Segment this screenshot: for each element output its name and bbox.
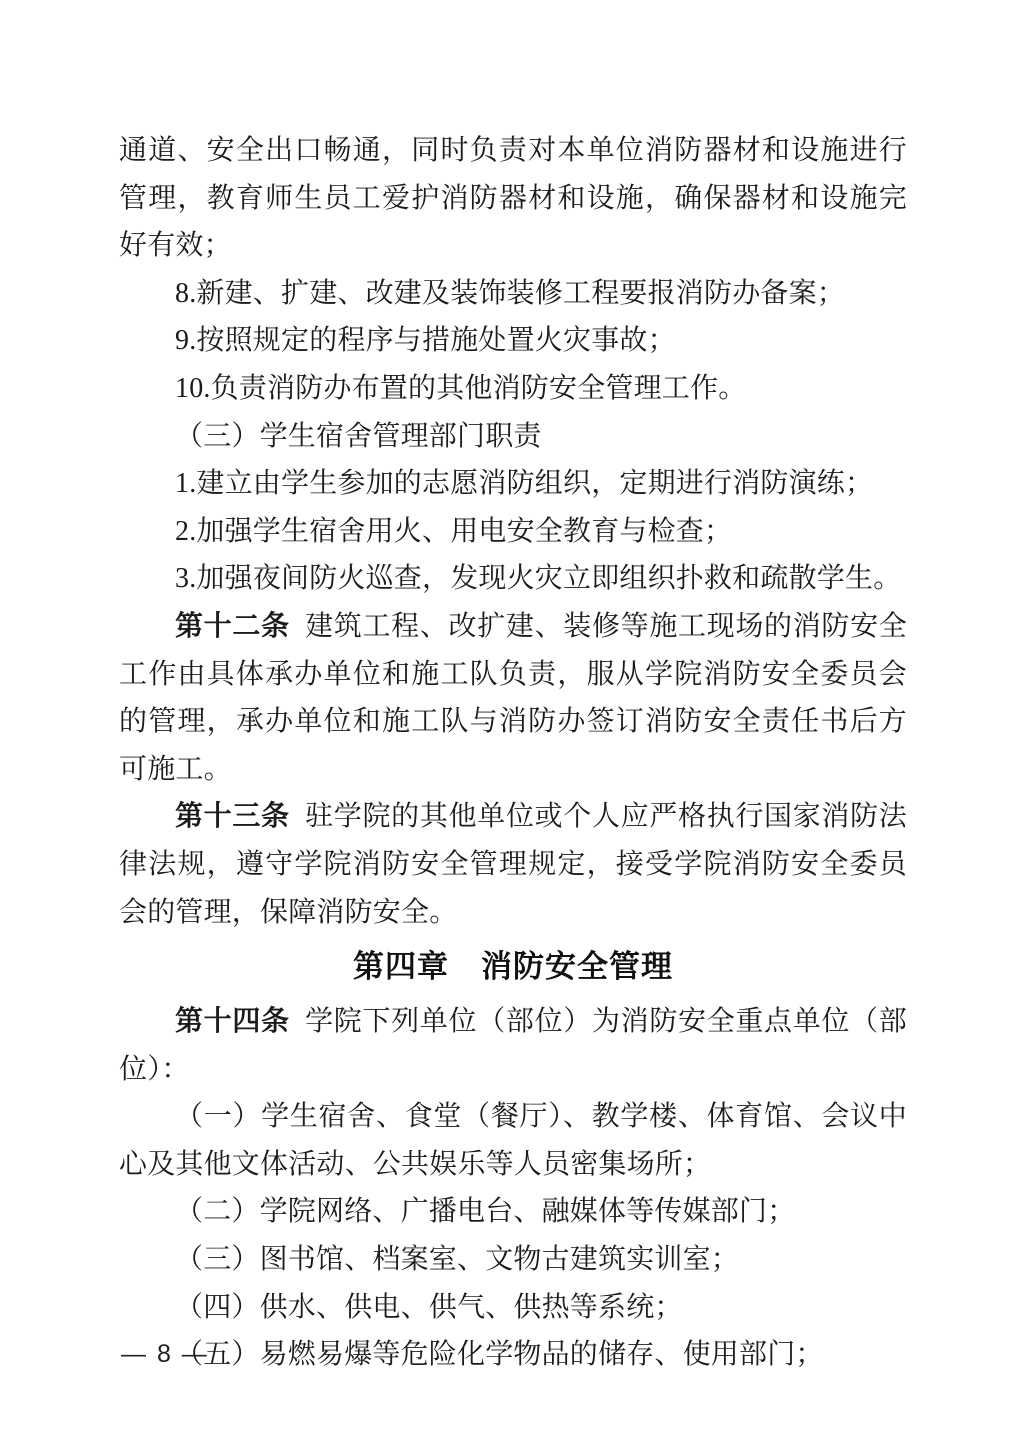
paragraph-text: 10.负责消防办布置的其他消防安全管理工作。	[175, 373, 746, 404]
page-number: — 8 —	[121, 1340, 209, 1368]
article-13-label: 第十三条	[175, 801, 290, 832]
key-unit-item-4: （四）供水、供电、供气、供热等系统；	[119, 1284, 907, 1332]
paragraph-text: 通道、安全出口畅通，同时负责对本单位消防器材和设施进行管理，教育师生员工爱护消防…	[119, 135, 907, 261]
key-unit-item-5: （五）易燃易爆等危险化学物品的储存、使用部门；	[119, 1331, 907, 1379]
paragraph-text: 9.按照规定的程序与措施处置火灾事故；	[175, 325, 676, 356]
duty-item-10: 10.负责消防办布置的其他消防安全管理工作。	[119, 365, 907, 413]
paragraph-text: 1.建立由学生参加的志愿消防组织，定期进行消防演练；	[175, 468, 873, 499]
document-page: 通道、安全出口畅通，同时负责对本单位消防器材和设施进行管理，教育师生员工爱护消防…	[0, 0, 1024, 1448]
duty-item-9: 9.按照规定的程序与措施处置火灾事故；	[119, 317, 907, 365]
paragraph-text: （四）供水、供电、供气、供热等系统；	[175, 1292, 683, 1323]
dorm-duty-item-1: 1.建立由学生参加的志愿消防组织，定期进行消防演练；	[119, 460, 907, 508]
chapter-4-heading: 第四章 消防安全管理	[119, 943, 907, 991]
key-unit-item-2: （二）学院网络、广播电台、融媒体等传媒部门；	[119, 1188, 907, 1236]
paragraph-text: （三）图书馆、档案室、文物古建筑实训室；	[175, 1244, 739, 1275]
document-body: 通道、安全出口畅通，同时负责对本单位消防器材和设施进行管理，教育师生员工爱护消防…	[119, 127, 907, 1379]
subsection-3-heading: （三）学生宿舍管理部门职责	[119, 413, 907, 461]
key-unit-item-3: （三）图书馆、档案室、文物古建筑实训室；	[119, 1236, 907, 1284]
paragraph-text: （三）学生宿舍管理部门职责	[175, 421, 542, 452]
page-footer: — 8 —	[121, 1340, 209, 1369]
dorm-duty-item-2: 2.加强学生宿舍用火、用电安全教育与检查；	[119, 508, 907, 556]
article-12: 第十二条建筑工程、改扩建、装修等施工现场的消防安全工作由具体承办单位和施工队负责…	[119, 603, 907, 793]
paragraph-text: 8.新建、扩建、改建及装饰装修工程要报消防办备案；	[175, 278, 845, 309]
paragraph-text: （五）易燃易爆等危险化学物品的储存、使用部门；	[175, 1339, 824, 1370]
paragraph-continuation: 通道、安全出口畅通，同时负责对本单位消防器材和设施进行管理，教育师生员工爱护消防…	[119, 127, 907, 270]
paragraph-text: （二）学院网络、广播电台、融媒体等传媒部门；	[175, 1196, 795, 1227]
paragraph-text: 3.加强夜间防火巡查，发现火灾立即组织扑救和疏散学生。	[175, 563, 901, 594]
duty-item-8: 8.新建、扩建、改建及装饰装修工程要报消防办备案；	[119, 270, 907, 318]
article-14-label: 第十四条	[175, 1006, 290, 1037]
dorm-duty-item-3: 3.加强夜间防火巡查，发现火灾立即组织扑救和疏散学生。	[119, 555, 907, 603]
article-12-label: 第十二条	[175, 611, 290, 642]
article-13: 第十三条驻学院的其他单位或个人应严格执行国家消防法律法规，遵守学院消防安全管理规…	[119, 793, 907, 936]
article-14: 第十四条学院下列单位（部位）为消防安全重点单位（部位）：	[119, 998, 907, 1093]
key-unit-item-1: （一）学生宿舍、食堂（餐厅）、教学楼、体育馆、会议中心及其他文体活动、公共娱乐等…	[119, 1093, 907, 1188]
paragraph-text: 2.加强学生宿舍用火、用电安全教育与检查；	[175, 516, 732, 547]
paragraph-text: （一）学生宿舍、食堂（餐厅）、教学楼、体育馆、会议中心及其他文体活动、公共娱乐等…	[119, 1101, 907, 1180]
